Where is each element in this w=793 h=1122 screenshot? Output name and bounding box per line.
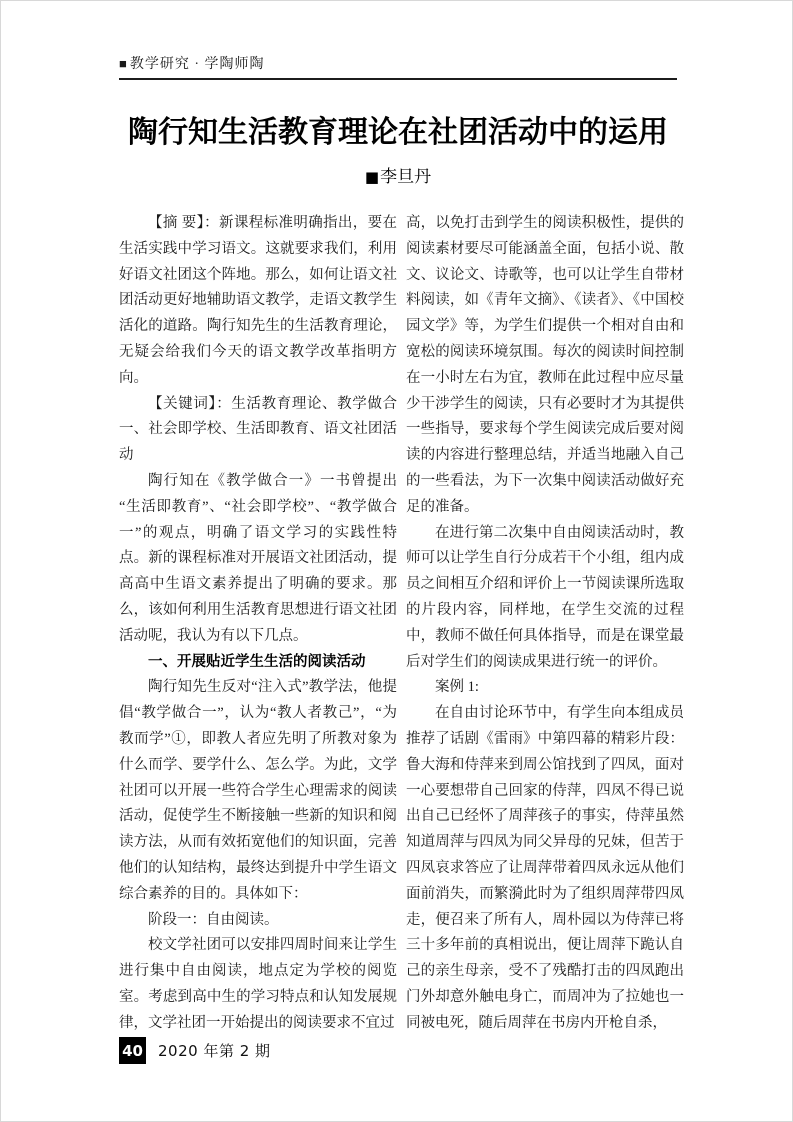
issue-label: 2020 年第 2 期	[158, 1040, 271, 1061]
article-body: 【摘 要】：新课程标准明确指出，要在生活实践中学习语文。这就要求我们，利用好语文…	[119, 211, 684, 1037]
body-paragraph: 陶行知先生反对“注入式”教学法，他提倡“教学做合一”，认为“教人者教己”，“为教…	[119, 675, 397, 907]
right-column: 高，以免打击到学生的阅读积极性，提供的阅读素材要尽可能涵盖全面，包括小说、散文、…	[406, 211, 684, 1037]
header-square-icon: ■	[119, 56, 128, 71]
running-header: ■教学研究 · 学陶师陶	[119, 55, 677, 80]
body-paragraph: 校文学社团可以安排四周时间来让学生进行集中自由阅读，地点定为学校的阅览室。考虑到…	[119, 933, 397, 1036]
author-name: 李旦丹	[380, 167, 431, 187]
body-paragraph: 在进行第二次集中自由阅读活动时，教师可以让学生自行分成若干个小组，组内成员之间相…	[406, 521, 684, 676]
case-label-paragraph: 案例 1:	[406, 675, 684, 701]
section-heading: 一、开展贴近学生生活的阅读活动	[119, 650, 397, 676]
intro-paragraph: 陶行知在《教学做合一》一书曾提出“生活即教育”、“社会即学校”、“教学做合一”的…	[119, 469, 397, 650]
left-column: 【摘 要】：新课程标准明确指出，要在生活实践中学习语文。这就要求我们，利用好语文…	[119, 211, 397, 1037]
continuation-paragraph: 高，以免打击到学生的阅读积极性，提供的阅读素材要尽可能涵盖全面，包括小说、散文、…	[406, 211, 684, 521]
case-body-paragraph: 在自由讨论环节中，有学生向本组成员推荐了话剧《雷雨》中第四幕的精彩片段：鲁大海和…	[406, 701, 684, 1036]
stage-label-paragraph: 阶段一：自由阅读。	[119, 908, 397, 934]
page-number-badge: 40	[119, 1037, 146, 1064]
article-title: 陶行知生活教育理论在社团活动中的运用	[109, 113, 687, 153]
keywords-paragraph: 【关键词】：生活教育理论、教学做合一、社会即学校、生活即教育、语文社团活动	[119, 392, 397, 469]
page-footer: 40 2020 年第 2 期	[119, 1037, 271, 1064]
header-section-label: 教学研究 · 学陶师陶	[130, 57, 265, 72]
author-line: ■李旦丹	[119, 165, 677, 189]
author-square-icon: ■	[365, 168, 379, 186]
document-page: ■教学研究 · 学陶师陶 陶行知生活教育理论在社团活动中的运用 ■李旦丹 【摘 …	[0, 0, 793, 1122]
abstract-paragraph: 【摘 要】：新课程标准明确指出，要在生活实践中学习语文。这就要求我们，利用好语文…	[119, 211, 397, 392]
